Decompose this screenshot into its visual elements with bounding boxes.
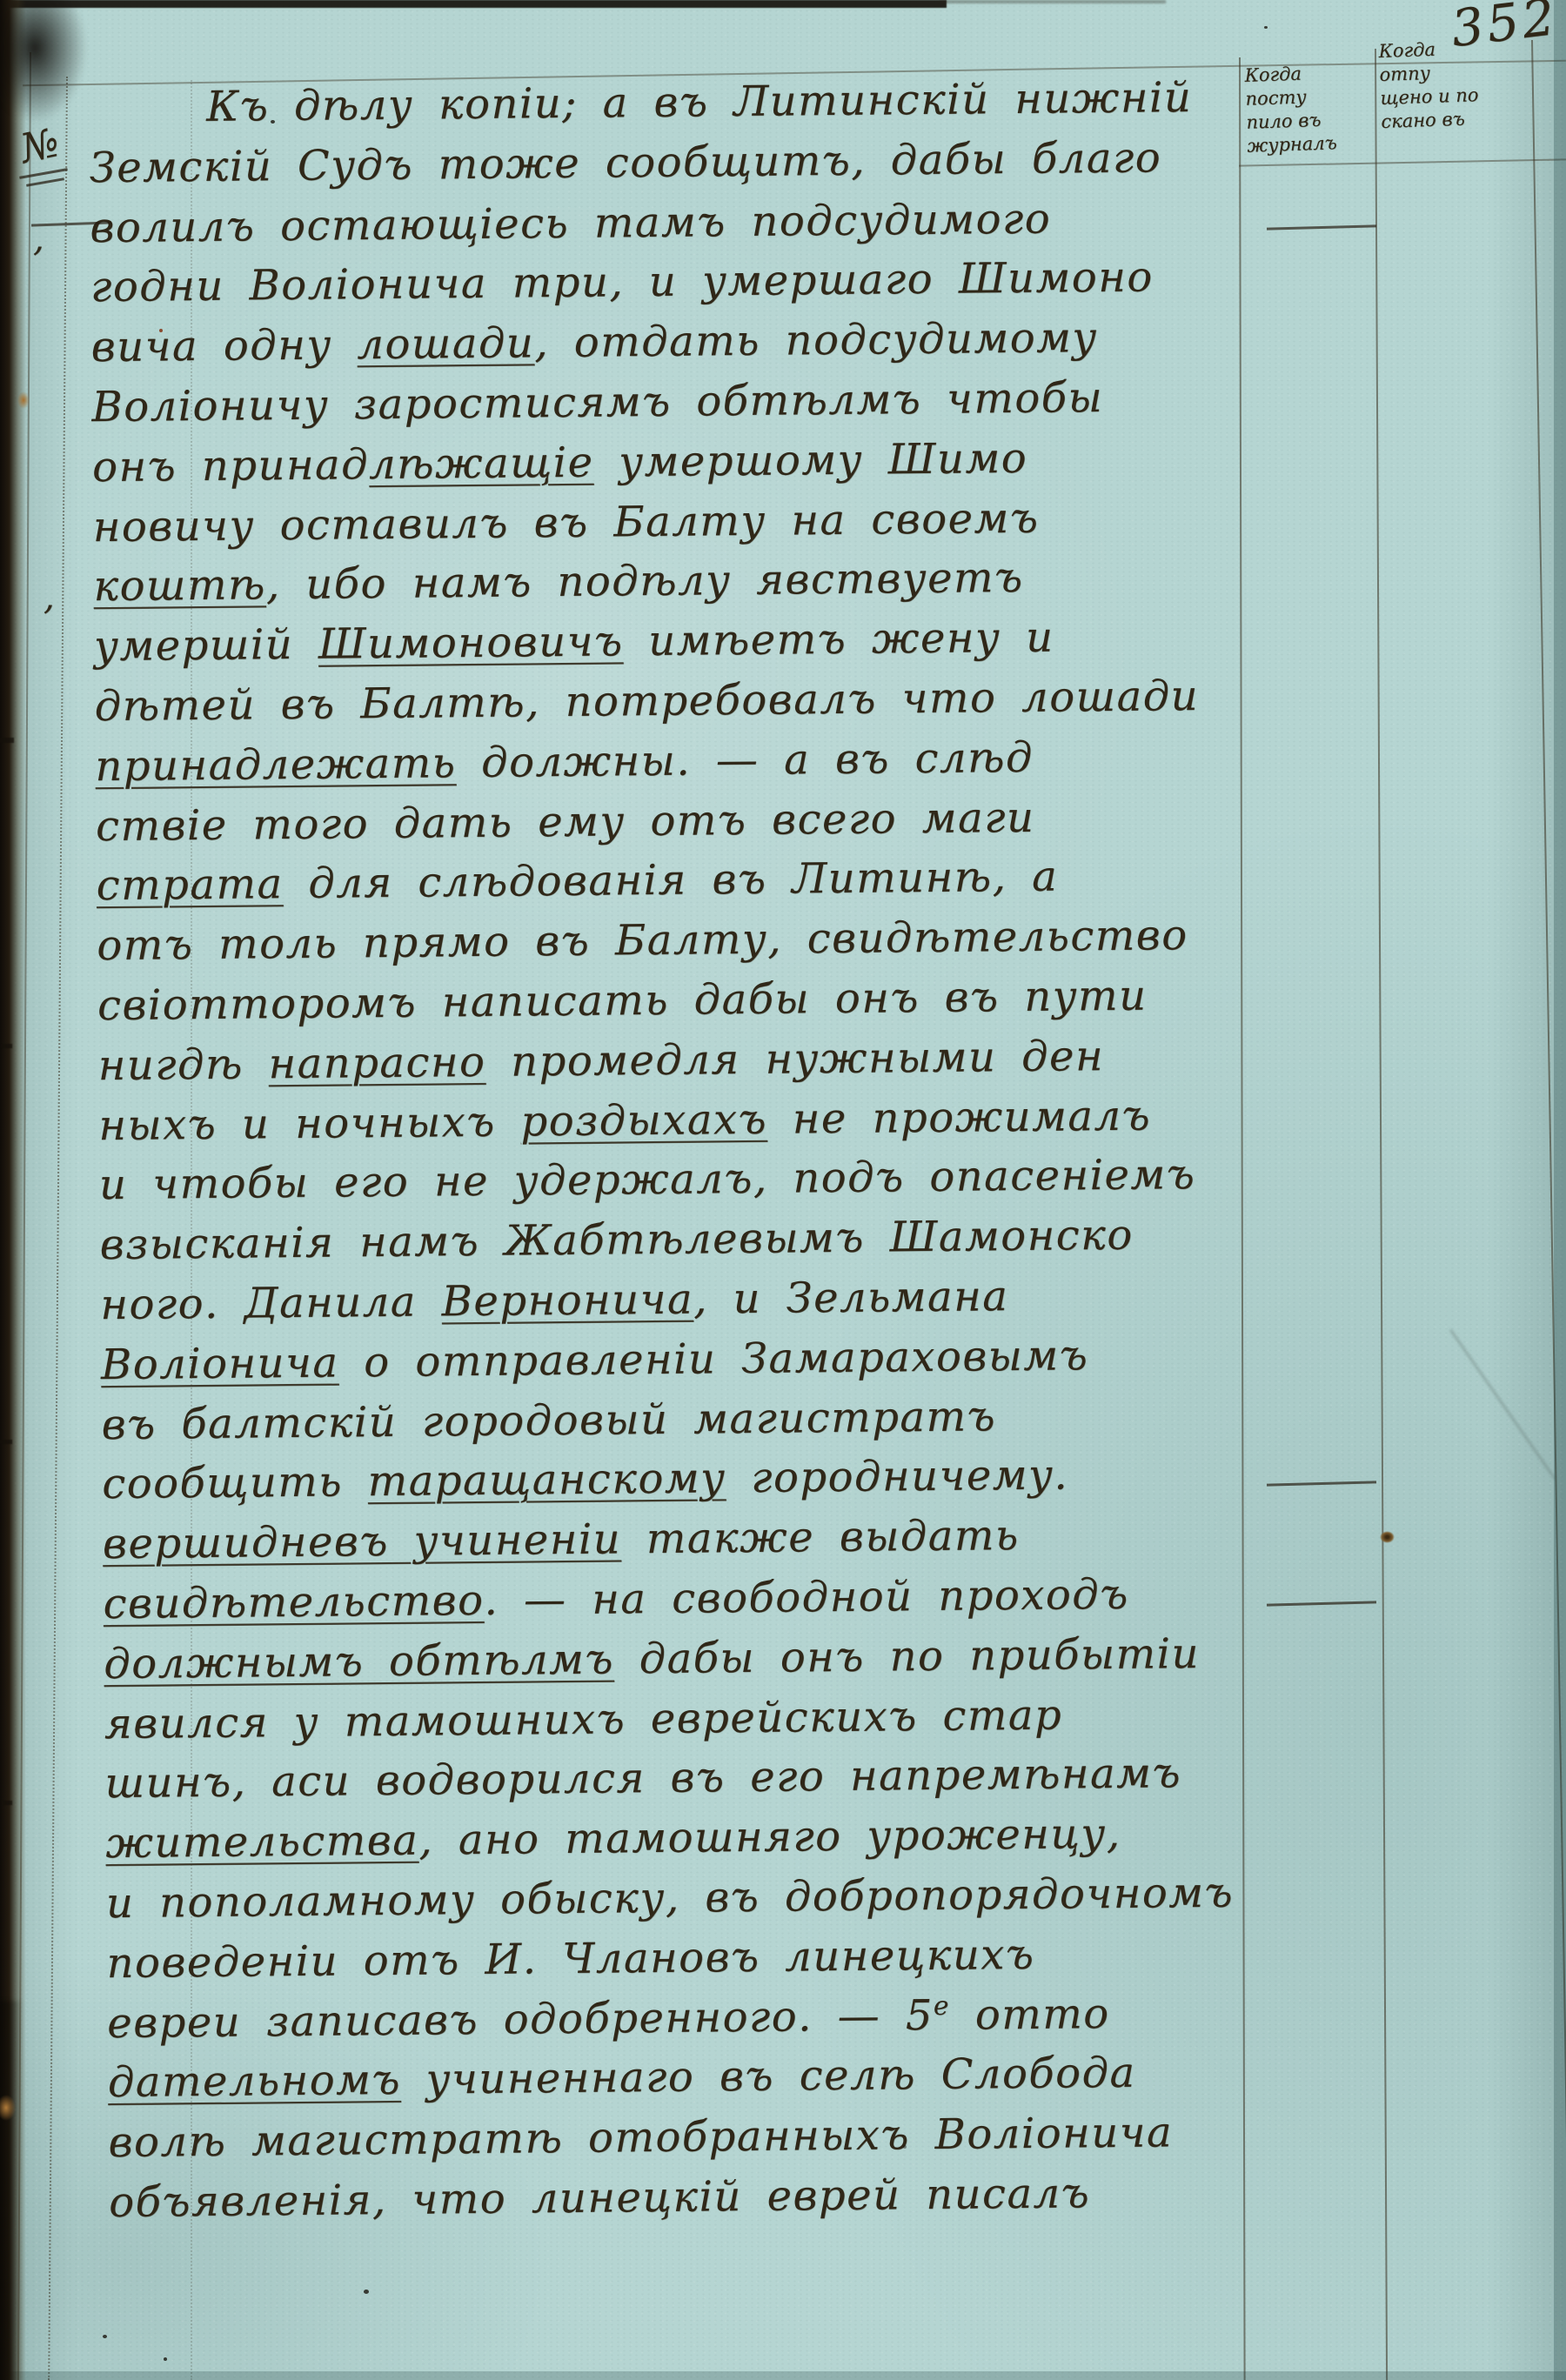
margin-comma: , — [33, 219, 44, 259]
header-line: посту — [1245, 84, 1335, 111]
margin-dash — [1267, 1601, 1376, 1606]
ink-speck — [364, 2290, 369, 2294]
bottom-edge-shade — [0, 2371, 1566, 2380]
manuscript-page: 352 Когдапоступило въжурналъ Когдаотпуще… — [0, 0, 1566, 2380]
edge-mark — [2, 1044, 12, 1048]
ink-speck — [103, 2335, 107, 2338]
ink-speck — [903, 2145, 907, 2149]
edge-mark — [3, 1801, 12, 1805]
edge-stain — [0, 2001, 23, 2380]
edge-mark — [0, 1440, 12, 1444]
header-line: Когда — [1378, 37, 1477, 64]
margin-marks — [0, 0, 1566, 2380]
margin-dash — [1267, 1481, 1376, 1487]
ink-speck — [1264, 26, 1268, 29]
ink-speck — [164, 2357, 167, 2361]
header-line: скано въ — [1381, 107, 1480, 134]
wormhole-spot — [1380, 1531, 1395, 1543]
header-line: пило въ — [1246, 108, 1336, 135]
header-line: Когда — [1244, 61, 1335, 88]
header-col2: Когдаотпущено и поскано въ — [1378, 37, 1480, 134]
header-line: щено и по — [1380, 84, 1479, 110]
ink-speck — [271, 120, 275, 124]
header-col1: Когдапоступило въжурналъ — [1244, 61, 1337, 158]
right-edge-shade — [1554, 0, 1566, 2380]
header-line: журналъ — [1247, 131, 1337, 158]
page-top-edge-fade — [940, 0, 1166, 3]
edge-mark — [0, 738, 14, 743]
page-top-edge — [0, 0, 947, 8]
rust-spot — [17, 391, 30, 409]
header-line: отпу — [1379, 60, 1478, 87]
ink-speck — [159, 329, 163, 332]
margin-comma: , — [43, 578, 55, 618]
margin-dash — [1267, 224, 1376, 230]
